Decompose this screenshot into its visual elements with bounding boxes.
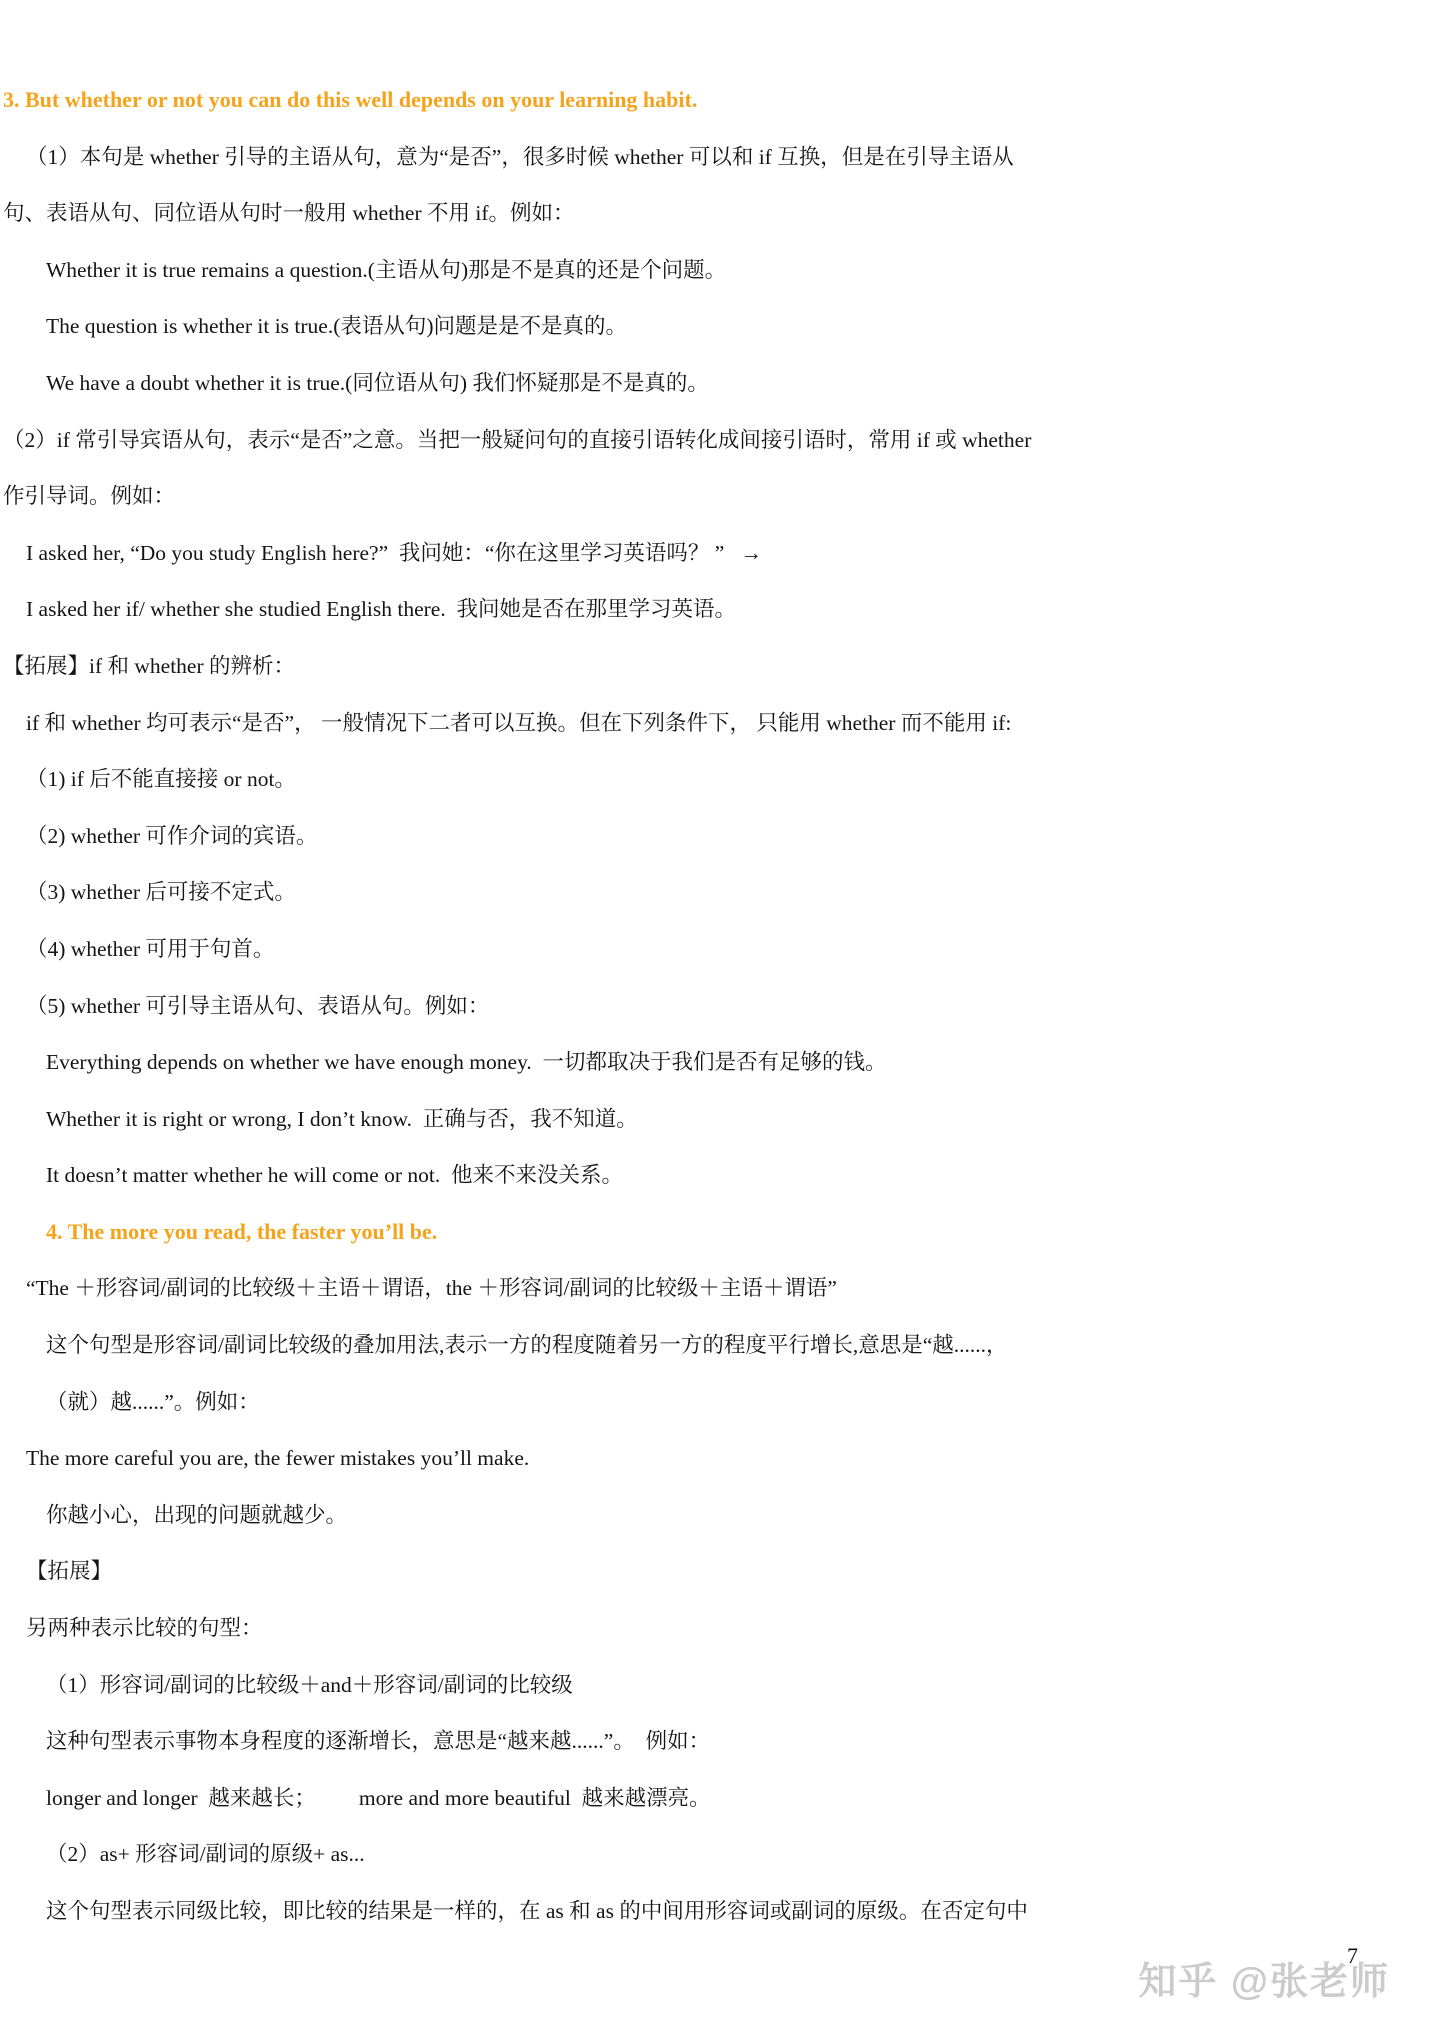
text-line: 这个句型表示同级比较，即比较的结果是一样的，在 as 和 as 的中间用形容词或… — [0, 1883, 1440, 1940]
text-line: longer and longer 越来越长； more and more be… — [0, 1770, 1440, 1827]
text-line: 【拓展】if 和 whether 的辨析： — [0, 638, 1440, 695]
text-line: “The ＋形容词/副词的比较级＋主语＋谓语，the ＋形容词/副词的比较级＋主… — [0, 1260, 1440, 1317]
text-line: 这种句型表示事物本身程度的逐渐增长，意思是“越来越......”。 例如： — [0, 1713, 1440, 1770]
text-line: （2）if 常引导宾语从句，表示“是否”之意。当把一般疑问句的直接引语转化成间接… — [0, 412, 1440, 469]
text-line: （1) if 后不能直接接 or not。 — [0, 751, 1440, 808]
text-line: （1）本句是 whether 引导的主语从句，意为“是否”，很多时候 wheth… — [0, 129, 1440, 186]
text-line: Everything depends on whether we have en… — [0, 1034, 1440, 1091]
text-line: The more careful you are, the fewer mist… — [0, 1430, 1440, 1487]
text-line: 这个句型是形容词/副词比较级的叠加用法,表示一方的程度随着另一方的程度平行增长,… — [0, 1317, 1440, 1374]
text-line: （1）形容词/副词的比较级＋and＋形容词/副词的比较级 — [0, 1657, 1440, 1714]
text-line: 你越小心，出现的问题就越少。 — [0, 1487, 1440, 1544]
text-line: （2) whether 可作介词的宾语。 — [0, 808, 1440, 865]
section-heading: 4. The more you read, the faster you’ll … — [0, 1204, 1440, 1261]
text-line: Whether it is true remains a question.(主… — [0, 242, 1440, 299]
document-page: 3. But whether or not you can do this we… — [0, 0, 1440, 2037]
text-line: （3) whether 后可接不定式。 — [0, 864, 1440, 921]
text-line: Whether it is right or wrong, I don’t kn… — [0, 1091, 1440, 1148]
text-line: I asked her if/ whether she studied Engl… — [0, 581, 1440, 638]
text-line: （2）as+ 形容词/副词的原级+ as... — [0, 1826, 1440, 1883]
text-line: （就）越......”。例如： — [0, 1374, 1440, 1431]
text-line: It doesn’t matter whether he will come o… — [0, 1147, 1440, 1204]
text-line: 【拓展】 — [0, 1543, 1440, 1600]
document-lines: 3. But whether or not you can do this we… — [0, 0, 1440, 1940]
watermark: 知乎 @张老师 — [1138, 1950, 1390, 2005]
text-line: （5) whether 可引导主语从句、表语从句。例如： — [0, 978, 1440, 1035]
text-line: 另两种表示比较的句型： — [0, 1600, 1440, 1657]
text-line: We have a doubt whether it is true.(同位语从… — [0, 355, 1440, 412]
section-heading: 3. But whether or not you can do this we… — [0, 72, 1440, 129]
text-line: （4) whether 可用于句首。 — [0, 921, 1440, 978]
text-line: 作引导词。例如： — [0, 468, 1440, 525]
text-line: if 和 whether 均可表示“是否”， 一般情况下二者可以互换。但在下列条… — [0, 695, 1440, 752]
text-line: The question is whether it is true.(表语从句… — [0, 298, 1440, 355]
text-line: I asked her, “Do you study English here?… — [0, 525, 1440, 582]
text-line: 句、表语从句、同位语从句时一般用 whether 不用 if。例如： — [0, 185, 1440, 242]
